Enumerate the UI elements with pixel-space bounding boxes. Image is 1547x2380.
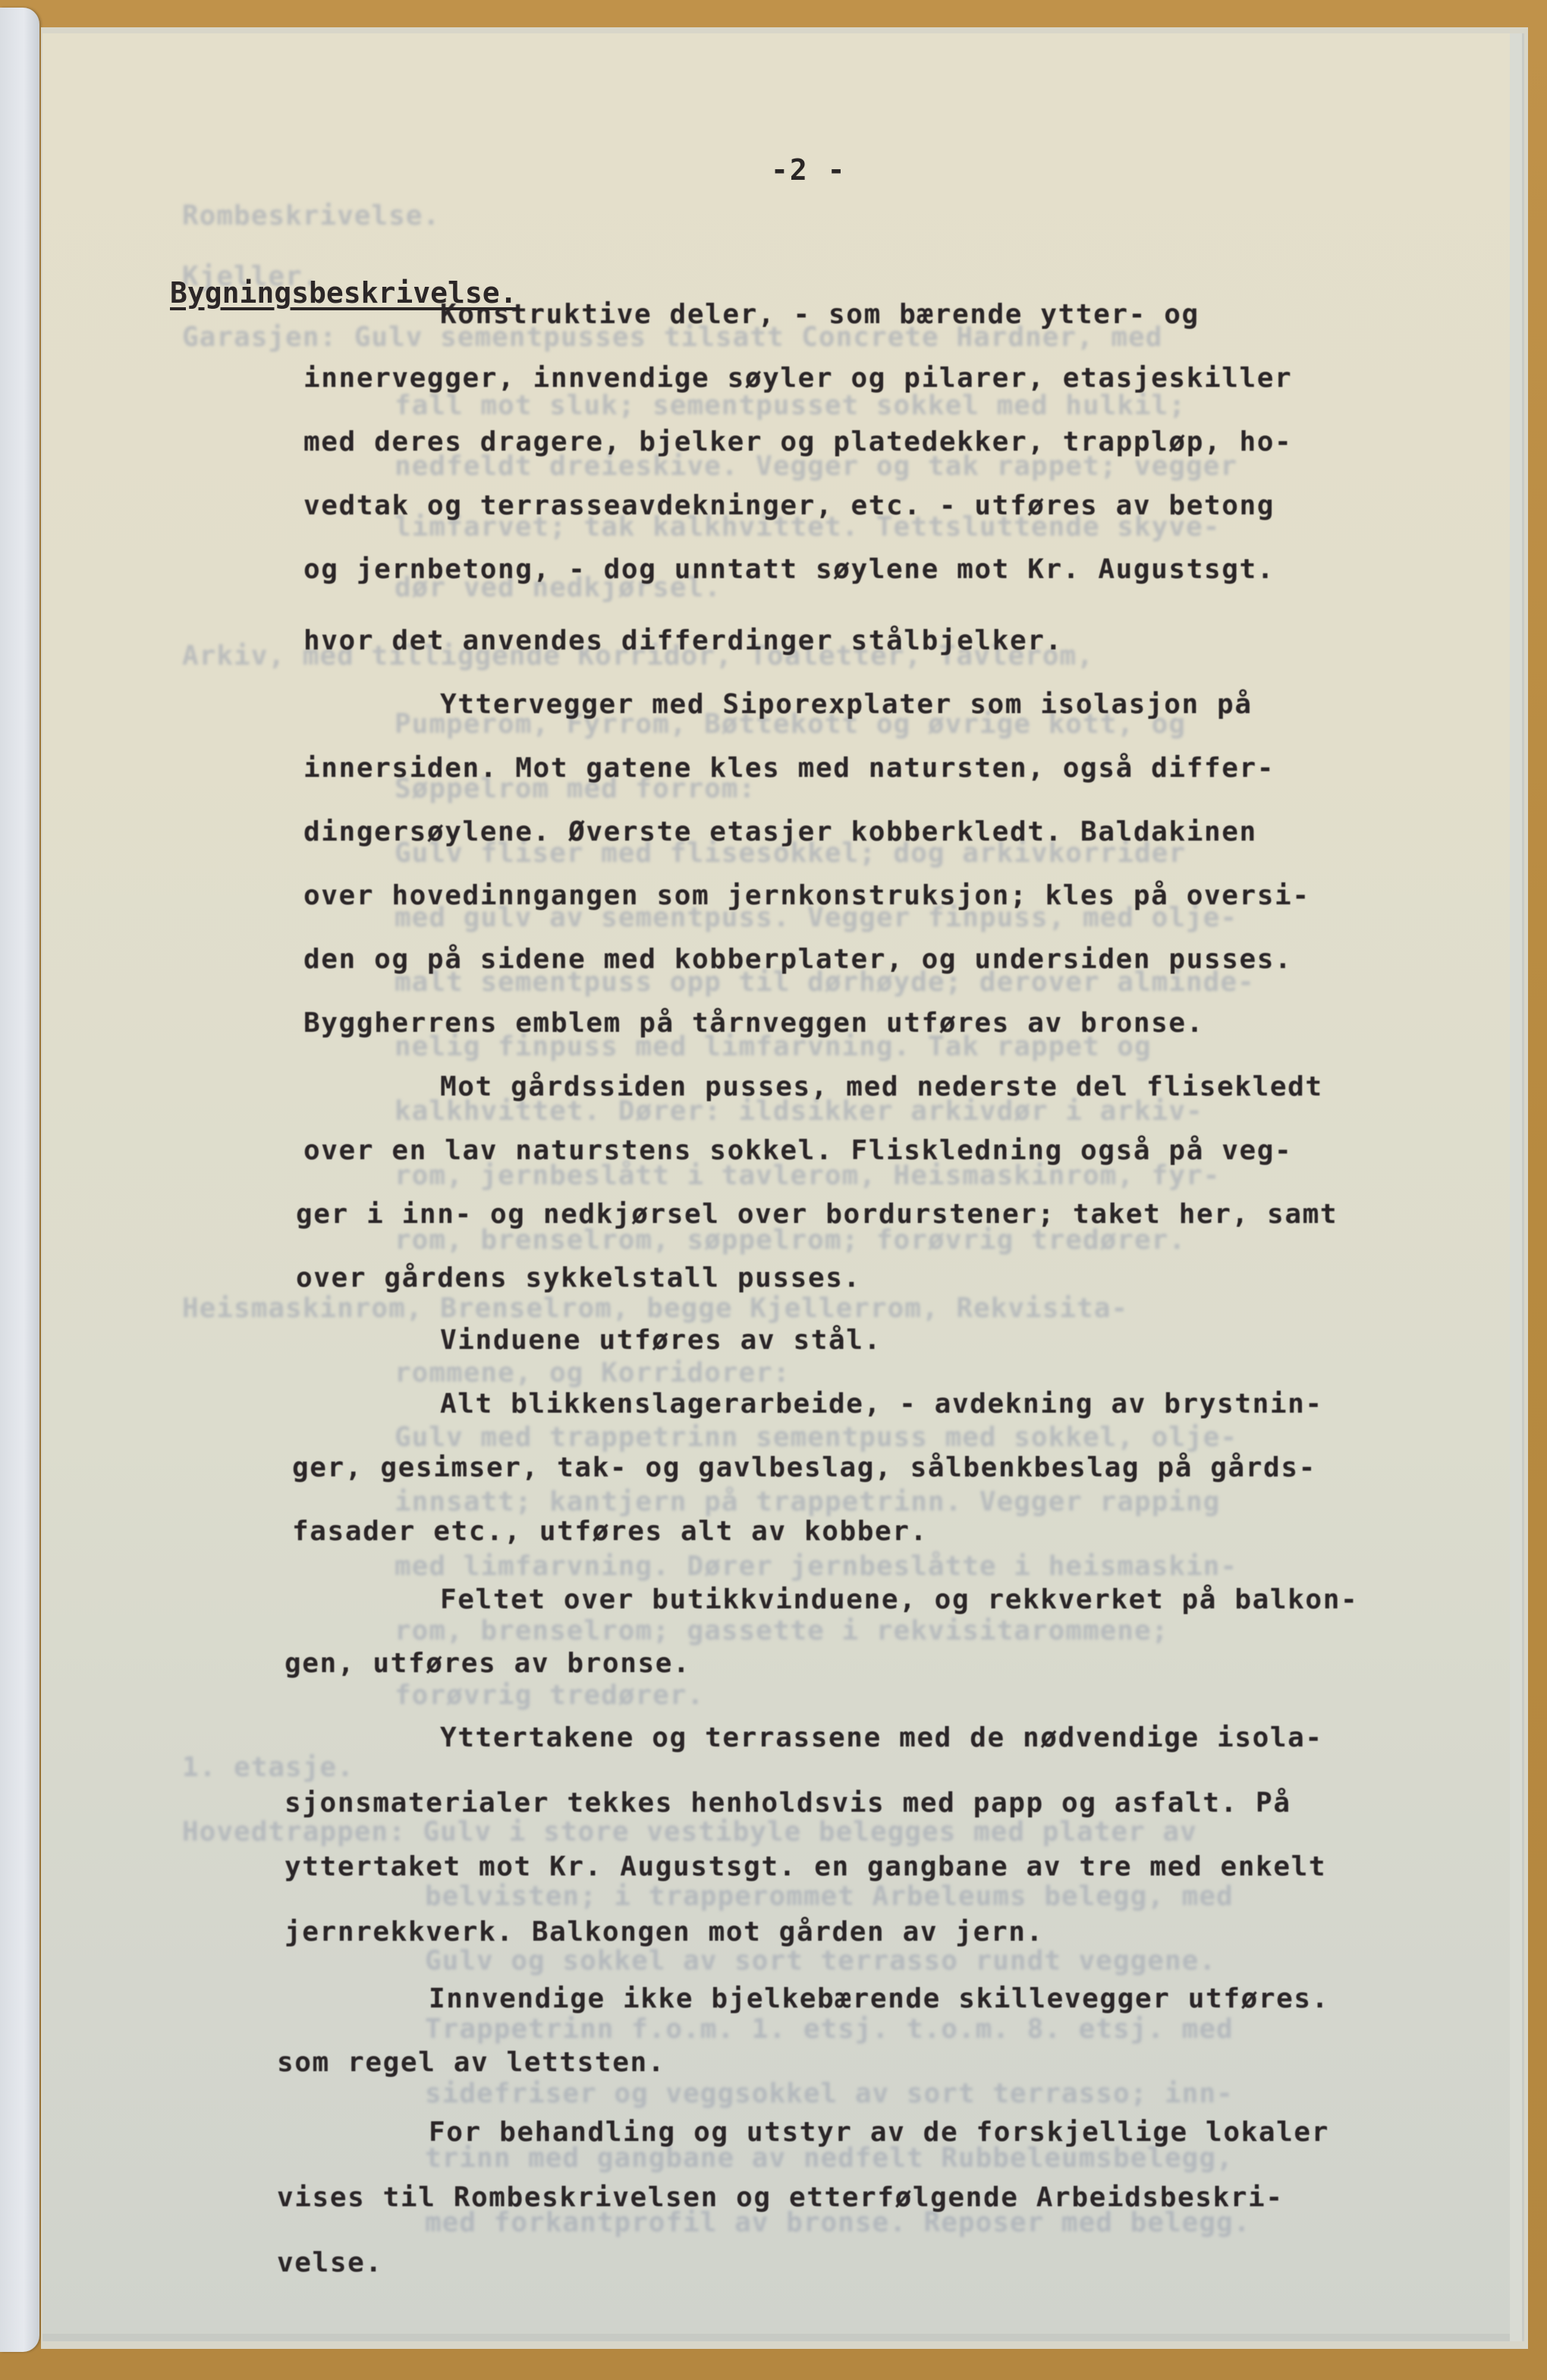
bleed-through-line: innsatt; kantjern på trappetrinn. Vegger… (395, 1486, 1220, 1517)
bleed-through-line: fall mot sluk; sementpusset sokkel med h… (395, 390, 1186, 421)
text-line: sjonsmaterialer tekkes henholdsvis med p… (285, 1787, 1291, 1819)
bleed-through-line: Hovedtrappen: Gulv i store vestibyle bel… (182, 1816, 1197, 1847)
bleed-through-line: Rombeskrivelse. (182, 200, 440, 231)
text-line: og jernbetong, - dog unntatt søylene mot… (303, 554, 1275, 585)
text-line: fasader etc., utføres alt av kobber. (292, 1516, 928, 1547)
bleed-through-line: Trappetrinn f.o.m. 1. etsj. t.o.m. 8. et… (425, 2014, 1234, 2045)
bleed-through-line: forøvrig tredører. (395, 1680, 704, 1711)
bleed-through-line: Gulv med trappetrinn sementpuss med sokk… (395, 1422, 1237, 1453)
text-line: gen, utføres av bronse. (285, 1648, 690, 1679)
text-line: ger i inn- og nedkjørsel over bordursten… (296, 1199, 1338, 1230)
bleed-through-line: Gulv og sokkel av sort terrasso rundt ve… (425, 1945, 1216, 1976)
bleed-through-line: rommene, og Korridorer: (395, 1357, 791, 1388)
text-line: hvor det anvendes differdinger stålbjelk… (303, 625, 1063, 656)
text-line: Yttertakene og terrassene med de nødvend… (440, 1722, 1323, 1753)
text-line: yttertaket mot Kr. Augustsgt. en gangban… (285, 1851, 1326, 1882)
text-line: Alt blikkenslagerarbeide, - avdekning av… (440, 1388, 1323, 1420)
text-line: ger, gesimser, tak- og gavlbeslag, sålbe… (292, 1452, 1316, 1483)
bleed-through-line: 1. etasje. (182, 1752, 354, 1783)
text-line: velse. (277, 2247, 383, 2278)
text-line: over en lav naturstens sokkel. Fliskledn… (303, 1135, 1292, 1166)
page-number: -2 - (771, 153, 847, 187)
text-line: jernrekkverk. Balkongen mot gården av je… (285, 1916, 1044, 1948)
scanned-page-scene: Rombeskrivelse.Kjeller.Garasjen: Gulv se… (0, 0, 1547, 2380)
text-line: den og på sidene med kobberplater, og un… (303, 944, 1292, 975)
bleed-through-line: sidefriser og veggsokkel av sort terrass… (425, 2078, 1234, 2109)
text-line: Byggherrens emblem på tårnveggen utføres… (303, 1008, 1204, 1039)
text-line: Yttervegger med Siporexplater som isolas… (440, 689, 1253, 720)
text-line: Feltet over butikkvinduene, og rekkverke… (440, 1584, 1358, 1615)
bleed-through-line: Heismaskinrom, Brenselrom, begge Kjeller… (182, 1293, 1128, 1324)
text-line: over hovedinngangen som jernkonstruksjon… (303, 880, 1310, 911)
bleed-through-line: med limfarvning. Dører jernbeslåtte i he… (395, 1551, 1237, 1582)
text-line: innersiden. Mot gatene kles med naturste… (303, 753, 1275, 784)
text-line: med deres dragere, bjelker og platedekke… (303, 426, 1292, 457)
text-line: Innvendige ikke bjelkebærende skillevegg… (429, 1983, 1329, 2014)
text-line: For behandling og utstyr av de forskjell… (429, 2117, 1329, 2148)
bleed-through-line: belvisten; i trapperommet Arbeleums bele… (425, 1881, 1234, 1912)
text-line: vedtak og terrasseavdekninger, etc. - ut… (303, 490, 1275, 521)
text-line: Konstruktive deler, - som bærende ytter-… (440, 299, 1200, 330)
text-line: Mot gårdssiden pusses, med nederste del … (440, 1071, 1323, 1102)
text-line: som regel av lettsten. (277, 2047, 665, 2078)
typewritten-page: Rombeskrivelse.Kjeller.Garasjen: Gulv se… (42, 33, 1524, 2341)
text-line: vises til Rombeskrivelsen og etterfølgen… (277, 2182, 1284, 2213)
text-line: innervegger, innvendige søyler og pilare… (303, 363, 1292, 394)
text-line: dingersøylene. Øverste etasjer kobberkle… (303, 816, 1257, 847)
text-line: Vinduene utføres av stål. (440, 1325, 882, 1356)
bleed-through-line: rom, brenselrom; gassette i rekvisitarom… (395, 1615, 1168, 1646)
adjacent-sheet-edge (0, 8, 39, 2352)
text-line: over gårdens sykkelstall pusses. (296, 1262, 861, 1294)
